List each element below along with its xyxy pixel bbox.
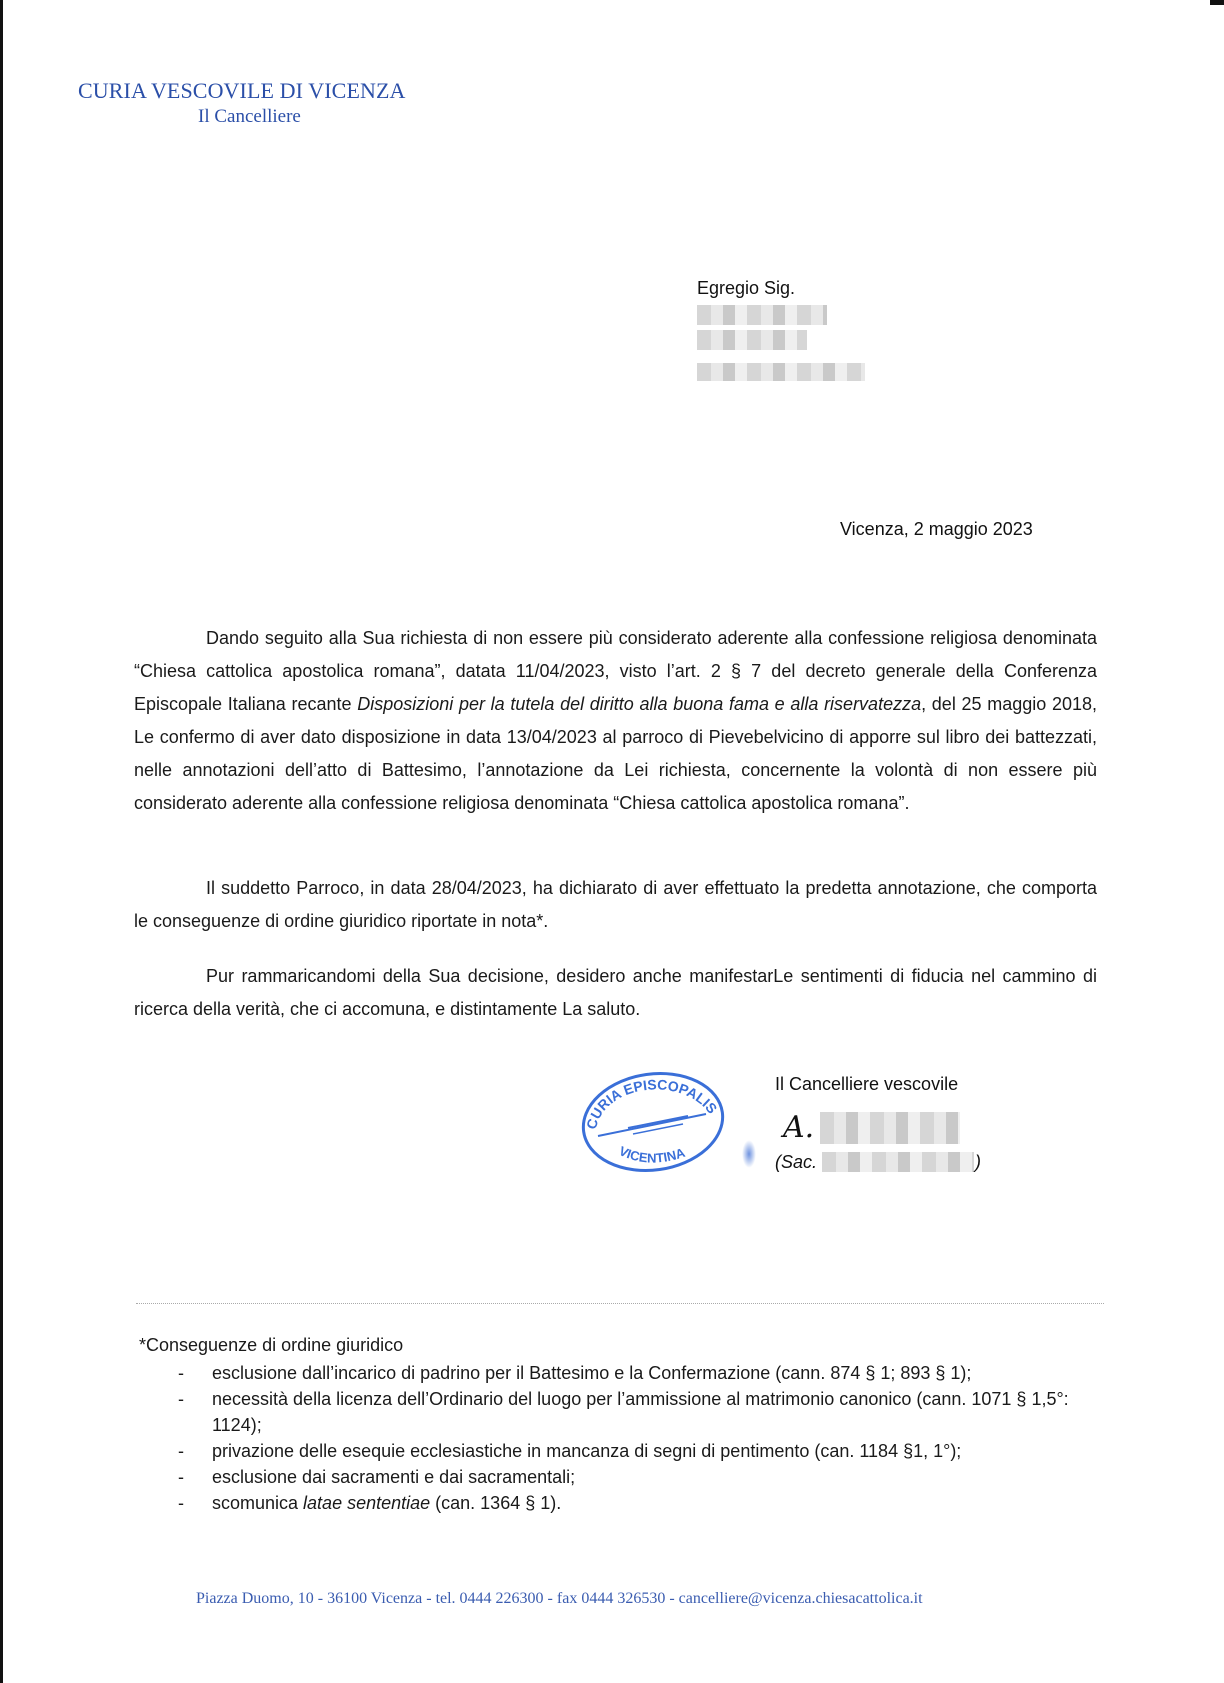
signatory-sac-suffix: ) xyxy=(975,1152,981,1173)
redacted-signatory-name xyxy=(822,1152,974,1172)
svg-text:VICENTINA: VICENTINA xyxy=(617,1143,688,1165)
footnote-item: -necessità della licenza dell’Ordinario … xyxy=(170,1386,1106,1438)
curia-stamp-icon: CURIA EPISCOPALIS VICENTINA xyxy=(578,1068,728,1176)
body-paragraph-1: Dando seguito alla Sua richiesta di non … xyxy=(134,622,1097,820)
body-paragraph-2: Il suddetto Parroco, in data 28/04/2023,… xyxy=(134,872,1097,938)
scan-edge xyxy=(0,0,3,1683)
footnote-item: -scomunica latae sententiae (can. 1364 §… xyxy=(170,1490,1106,1516)
stamp-ink-smudge xyxy=(742,1140,756,1168)
footnote-title: *Conseguenze di ordine giuridico xyxy=(139,1335,403,1356)
body-paragraph-3: Pur rammaricandomi della Sua decisione, … xyxy=(134,960,1097,1026)
redacted-recipient-city xyxy=(697,363,865,381)
footnote-item: -privazione delle esequie ecclesiastiche… xyxy=(170,1438,1106,1464)
redacted-signature xyxy=(820,1112,960,1144)
footnote-list: -esclusione dall’incarico di padrino per… xyxy=(170,1360,1106,1516)
redacted-recipient-street xyxy=(697,330,807,350)
letterhead-title: CURIA VESCOVILE DI VICENZA xyxy=(78,78,406,104)
signature-initial: A. xyxy=(783,1110,814,1145)
footnote-separator xyxy=(136,1303,1104,1304)
scan-edge-mark xyxy=(1210,0,1224,5)
letter-date: Vicenza, 2 maggio 2023 xyxy=(840,519,1033,540)
signatory-role: Il Cancelliere vescovile xyxy=(775,1074,958,1095)
footnote-item: -esclusione dall’incarico di padrino per… xyxy=(170,1360,1106,1386)
footnote-item: -esclusione dai sacramenti e dai sacrame… xyxy=(170,1464,1106,1490)
signatory-sac-prefix: (Sac. xyxy=(775,1152,817,1173)
redacted-recipient-name xyxy=(697,305,827,325)
letterhead-footer: Piazza Duomo, 10 - 36100 Vicenza - tel. … xyxy=(196,1590,923,1608)
letterhead-subtitle: Il Cancelliere xyxy=(198,106,301,128)
recipient-salutation: Egregio Sig. xyxy=(697,278,795,299)
